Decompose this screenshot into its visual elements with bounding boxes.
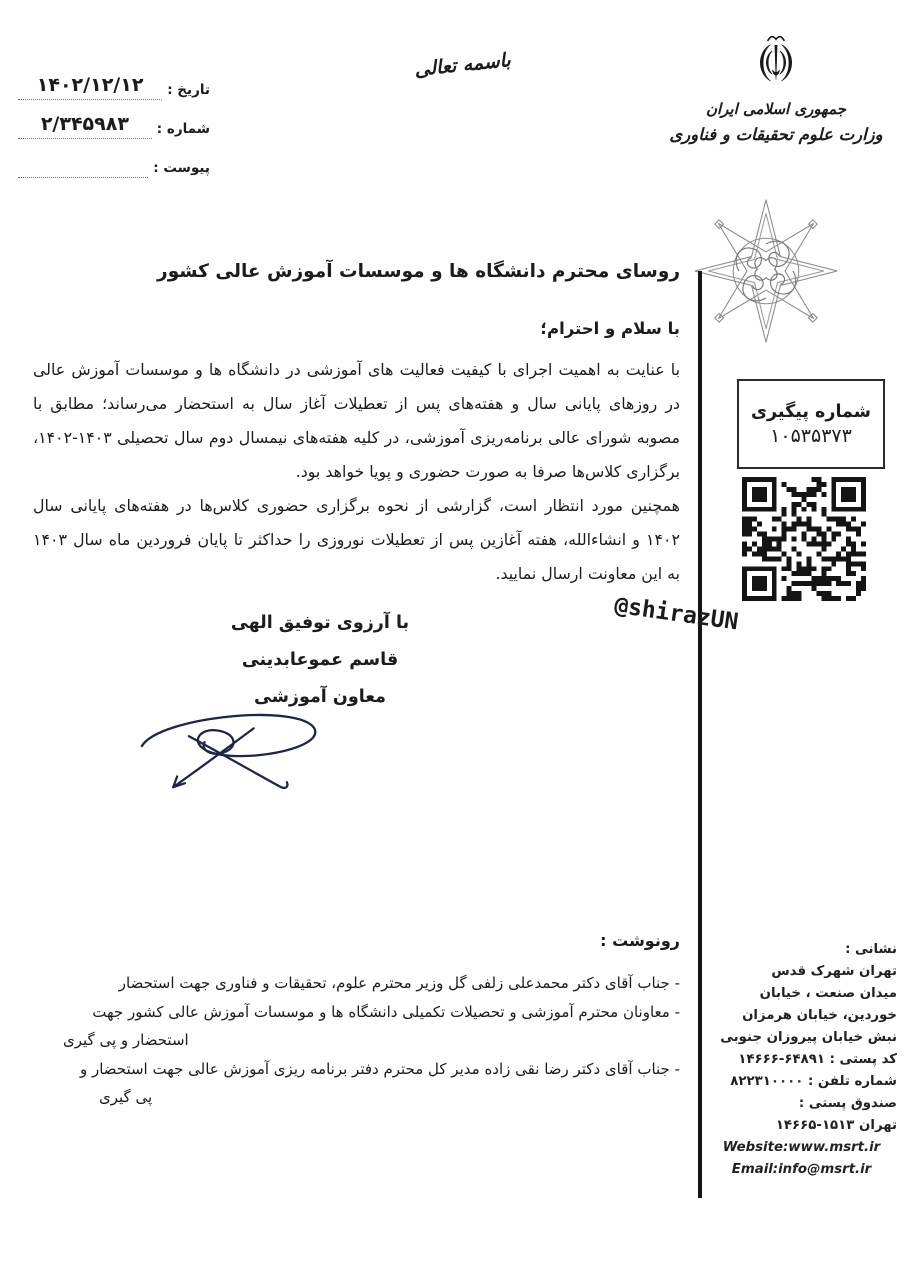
letter-meta-block: تاریخ : ۱۴۰۲/۱۲/۱۲ شماره : ۲/۳۴۵۹۸۳ پیوس… (18, 74, 210, 191)
address-label: نشانی : (706, 939, 897, 961)
letter-paragraph-1: با عنایت به اهمیت اجرای با کیفیت فعالیت … (33, 353, 680, 489)
letter-body: با عنایت به اهمیت اجرای با کیفیت فعالیت … (33, 353, 680, 591)
number-label: شماره : (157, 121, 210, 139)
republic-title: جمهوری اسلامی ایران (650, 100, 902, 118)
handwritten-signature (130, 697, 338, 795)
address-line: شماره تلفن : ۸۲۲۳۱۰۰۰۰ (706, 1071, 897, 1093)
iran-emblem-icon (745, 33, 807, 97)
recipient-title: روسای محترم دانشگاه ها و موسسات آموزش عا… (35, 261, 680, 282)
attachment-label: پیوست : (153, 160, 210, 178)
attachment-value (18, 152, 148, 178)
address-line: تهران شهرک قدس (706, 961, 897, 983)
cc-line: پی گیری (35, 1083, 680, 1112)
number-row: شماره : ۲/۳۴۵۹۸۳ (18, 113, 210, 139)
cc-line: - جناب آقای دکتر محمدعلی زلفی گل وزیر مح… (35, 969, 680, 998)
tracking-number-label: شماره پیگیری (751, 402, 871, 422)
cc-list: - جناب آقای دکتر محمدعلی زلفی گل وزیر مح… (35, 969, 680, 1112)
address-line: نبش خیابان پیروزان جنوبی (706, 1027, 897, 1049)
ministry-title: وزارت علوم تحقیقات و فناوری (650, 125, 902, 144)
cc-line: - جناب آقای دکتر رضا نقی زاده مدیر کل مح… (35, 1055, 680, 1084)
signatory-name: قاسم عموعابدینی (168, 642, 472, 679)
government-header: جمهوری اسلامی ایران وزارت علوم تحقیقات و… (650, 33, 902, 144)
date-value: ۱۴۰۲/۱۲/۱۲ (18, 74, 162, 100)
qr-code-pattern (742, 477, 866, 601)
email-line: Email:info@msrt.ir (706, 1159, 897, 1181)
address-lines: تهران شهرک قدسمیدان صنعت ، خیابانخوردین،… (706, 961, 897, 1137)
scanned-letter-page: تاریخ : ۱۴۰۲/۱۲/۱۲ شماره : ۲/۳۴۵۹۸۳ پیوس… (0, 0, 907, 1279)
address-line: میدان صنعت ، خیابان (706, 983, 897, 1005)
bismillah-calligraphy: باسمه تعالی (404, 48, 521, 82)
address-line: خوردین، خیابان هرمزان (706, 1005, 897, 1027)
address-line: تهران ۱۵۱۳-۱۴۶۶۵ (706, 1115, 897, 1137)
address-line: کد پستی : ۶۴۸۹۱-۱۴۶۶۶ (706, 1049, 897, 1071)
address-section: نشانی : تهران شهرک قدسمیدان صنعت ، خیابا… (706, 939, 897, 1181)
website-line: Website:www.msrt.ir (706, 1137, 897, 1159)
cc-line: - معاونان محترم آموزشی و تحصیلات تکمیلی … (35, 998, 680, 1027)
tracking-number-value: ۱۰۵۳۵۳۷۳ (770, 425, 852, 447)
cc-section: رونوشت : - جناب آقای دکتر محمدعلی زلفی گ… (35, 931, 680, 1112)
salutation-line: با سلام و احترام؛ (540, 319, 680, 338)
cc-line: استحضار و پی گیری (35, 1026, 680, 1055)
cc-label: رونوشت : (35, 931, 680, 950)
letter-paragraph-2: همچنین مورد انتظار است، گزارشی از نحوه ب… (33, 489, 680, 591)
signature-closing: با آرزوی توفیق الهی (168, 605, 472, 642)
address-line: صندوق پستی : (706, 1093, 897, 1115)
vertical-divider-line (698, 271, 702, 1198)
date-label: تاریخ : (167, 82, 210, 100)
number-value: ۲/۳۴۵۹۸۳ (18, 113, 152, 139)
qr-code (742, 477, 866, 601)
ornamental-stamp (689, 194, 843, 348)
date-row: تاریخ : ۱۴۰۲/۱۲/۱۲ (18, 74, 210, 100)
watermark-text: @shirazUN (613, 592, 740, 635)
tracking-number-box: شماره پیگیری ۱۰۵۳۵۳۷۳ (737, 379, 885, 469)
attachment-row: پیوست : (18, 152, 210, 178)
